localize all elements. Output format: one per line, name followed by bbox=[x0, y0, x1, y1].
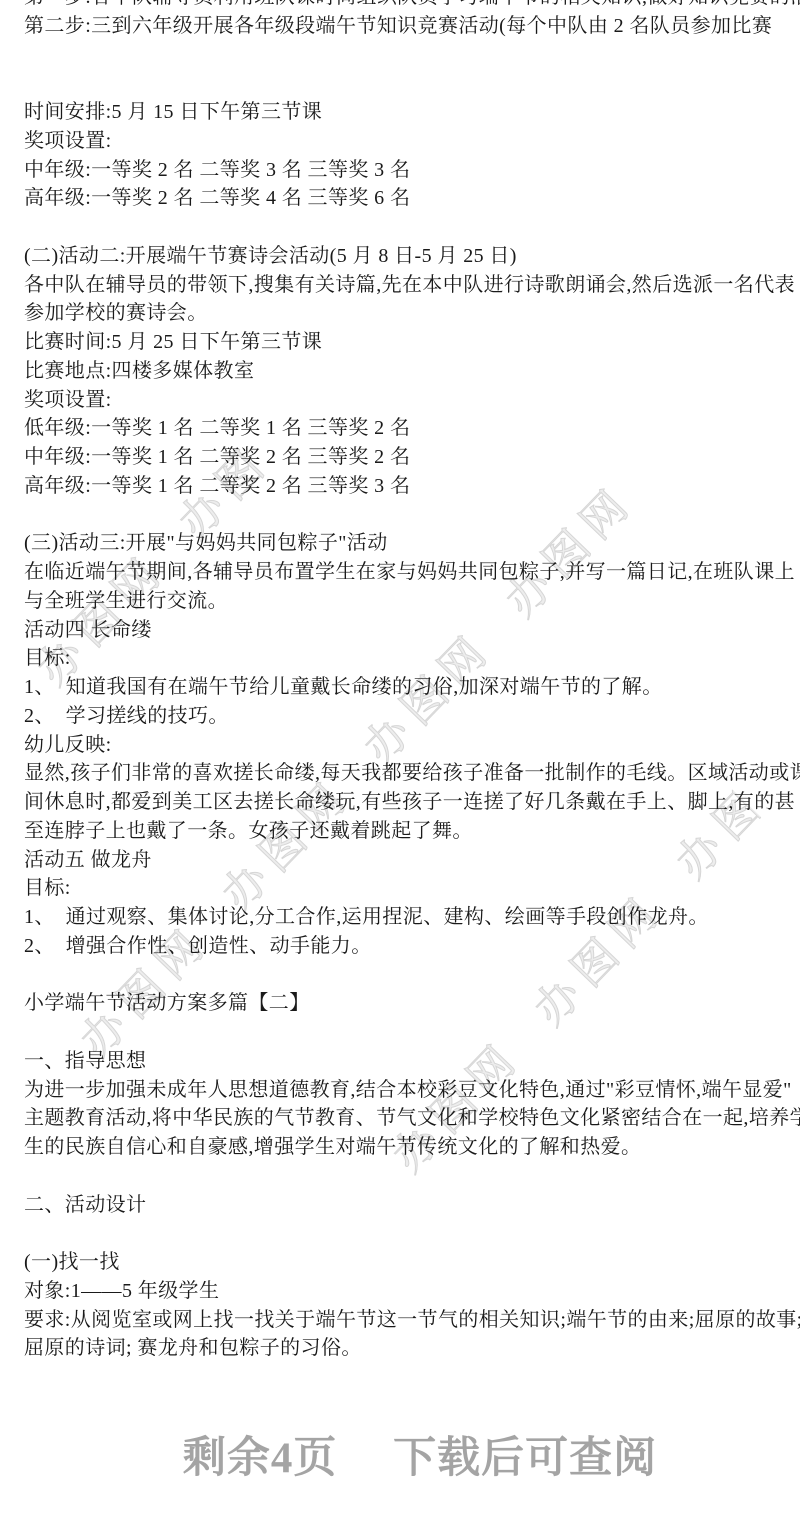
text-line: 间休息时,都爱到美工区去搓长命缕玩,有些孩子一连搓了好几条戴在手上、脚上,有的甚 bbox=[24, 788, 780, 817]
text-line: 比赛地点:四楼多媒体教室 bbox=[24, 357, 780, 386]
text-line: 高年级:一等奖 2 名 二等奖 4 名 三等奖 6 名 bbox=[24, 184, 780, 213]
text-line bbox=[24, 213, 780, 242]
text-line: 奖项设置: bbox=[24, 127, 780, 156]
text-line: 屈原的诗词; 赛龙舟和包粽子的习俗。 bbox=[24, 1334, 780, 1363]
remaining-pages-notice: 剩余4页 下载后可查阅 bbox=[0, 1424, 800, 1485]
text-line: 二、活动设计 bbox=[24, 1191, 780, 1220]
text-line bbox=[24, 961, 780, 990]
text-line: 2、 增强合作性、创造性、动手能力。 bbox=[24, 932, 780, 961]
text-line: 在临近端午节期间,各辅导员布置学生在家与妈妈共同包粽子,并写一篇日记,在班队课上 bbox=[24, 558, 780, 587]
text-line: 活动五 做龙舟 bbox=[24, 846, 780, 875]
text-line: 低年级:一等奖 1 名 二等奖 1 名 三等奖 2 名 bbox=[24, 414, 780, 443]
text-line bbox=[24, 69, 780, 98]
text-line: (二)活动二:开展端午节赛诗会活动(5 月 8 日-5 月 25 日) bbox=[24, 242, 780, 271]
text-line: 要求:从阅览室或网上找一找关于端午节这一节气的相关知识;端午节的由来;屈原的故事… bbox=[24, 1306, 780, 1335]
text-line: 比赛时间:5 月 25 日下午第三节课 bbox=[24, 328, 780, 357]
text-line bbox=[24, 501, 780, 530]
text-line: 生的民族自信心和自豪感,增强学生对端午节传统文化的了解和热爱。 bbox=[24, 1133, 780, 1162]
text-line: 第二步:三到六年级开展各年级段端午节知识竞赛活动(每个中队由 2 名队员参加比赛 bbox=[24, 12, 780, 41]
text-line bbox=[24, 1219, 780, 1248]
text-line: 1、 知道我国有在端午节给儿童戴长命缕的习俗,加深对端午节的了解。 bbox=[24, 673, 780, 702]
text-line: 主题教育活动,将中华民族的气节教育、节气文化和学校特色文化紧密结合在一起,培养学 bbox=[24, 1104, 780, 1133]
text-line: 中年级:一等奖 1 名 二等奖 2 名 三等奖 2 名 bbox=[24, 443, 780, 472]
text-line: (三)活动三:开展"与妈妈共同包粽子"活动 bbox=[24, 529, 780, 558]
text-line: 一、指导思想 bbox=[24, 1047, 780, 1076]
text-line: 小学端午节活动方案多篇【二】 bbox=[24, 989, 780, 1018]
text-line: 至连脖子上也戴了一条。女孩子还戴着跳起了舞。 bbox=[24, 817, 780, 846]
text-line: 对象:1——5 年级学生 bbox=[24, 1277, 780, 1306]
text-line: 各中队在辅导员的带领下,搜集有关诗篇,先在本中队进行诗歌朗诵会,然后选派一名代表 bbox=[24, 271, 780, 300]
text-line bbox=[24, 1018, 780, 1047]
text-line: 目标: bbox=[24, 874, 780, 903]
text-line: 显然,孩子们非常的喜欢搓长命缕,每天我都要给孩子准备一批制作的毛线。区域活动或课 bbox=[24, 759, 780, 788]
text-line bbox=[24, 41, 780, 70]
text-line: 活动四 长命缕 bbox=[24, 616, 780, 645]
text-line: (一)找一找 bbox=[24, 1248, 780, 1277]
text-line: 时间安排:5 月 15 日下午第三节课 bbox=[24, 98, 780, 127]
document-page: 办图网 办图网 办图网 办图网 办图网 办图网 办图网 办图网 办图网 办图网 … bbox=[0, 0, 800, 1526]
text-line: 中年级:一等奖 2 名 二等奖 3 名 三等奖 3 名 bbox=[24, 156, 780, 185]
clipped-text-line: 第一步:各中队辅导员利用班队课时间组织队员学习端午节的相关知识,做好知识竞赛的准… bbox=[24, 0, 780, 12]
text-line: 为进一步加强未成年人思想道德教育,结合本校彩豆文化特色,通过"彩豆情怀,端午显爱… bbox=[24, 1076, 780, 1105]
text-line bbox=[24, 1162, 780, 1191]
document-text: 第一步:各中队辅导员利用班队课时间组织队员学习端午节的相关知识,做好知识竞赛的准… bbox=[24, 0, 780, 1363]
text-line: 与全班学生进行交流。 bbox=[24, 587, 780, 616]
text-line: 高年级:一等奖 1 名 二等奖 2 名 三等奖 3 名 bbox=[24, 472, 780, 501]
text-line: 2、 学习搓线的技巧。 bbox=[24, 702, 780, 731]
text-line: 目标: bbox=[24, 644, 780, 673]
text-line: 奖项设置: bbox=[24, 386, 780, 415]
text-line: 1、 通过观察、集体讨论,分工合作,运用捏泥、建构、绘画等手段创作龙舟。 bbox=[24, 903, 780, 932]
text-line: 参加学校的赛诗会。 bbox=[24, 299, 780, 328]
text-line: 幼儿反映: bbox=[24, 731, 780, 760]
